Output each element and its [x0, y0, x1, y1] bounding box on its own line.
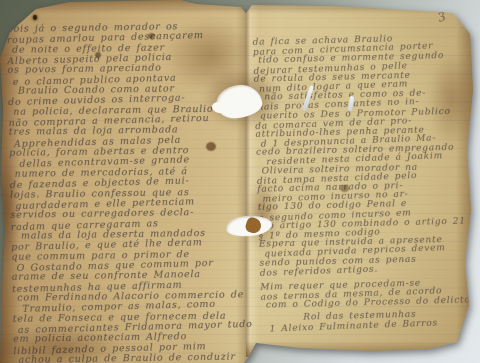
paper-shadow-wrap: pois já o segundo morador osroupas amarl…	[0, 0, 480, 363]
edge-stain	[428, 52, 476, 147]
spot-stain	[95, 52, 101, 58]
photo-of-manuscript: pois já o segundo morador osroupas amarl…	[0, 0, 480, 363]
manuscript-paper: pois já o segundo morador osroupas amarl…	[0, 0, 480, 363]
spot-stain	[340, 185, 349, 192]
burnt-edge-top	[0, 0, 480, 14]
spot-stain	[206, 142, 216, 151]
pinhole	[33, 15, 37, 20]
burnt-edge-bottom	[246, 341, 480, 357]
spot-stain	[148, 33, 155, 39]
